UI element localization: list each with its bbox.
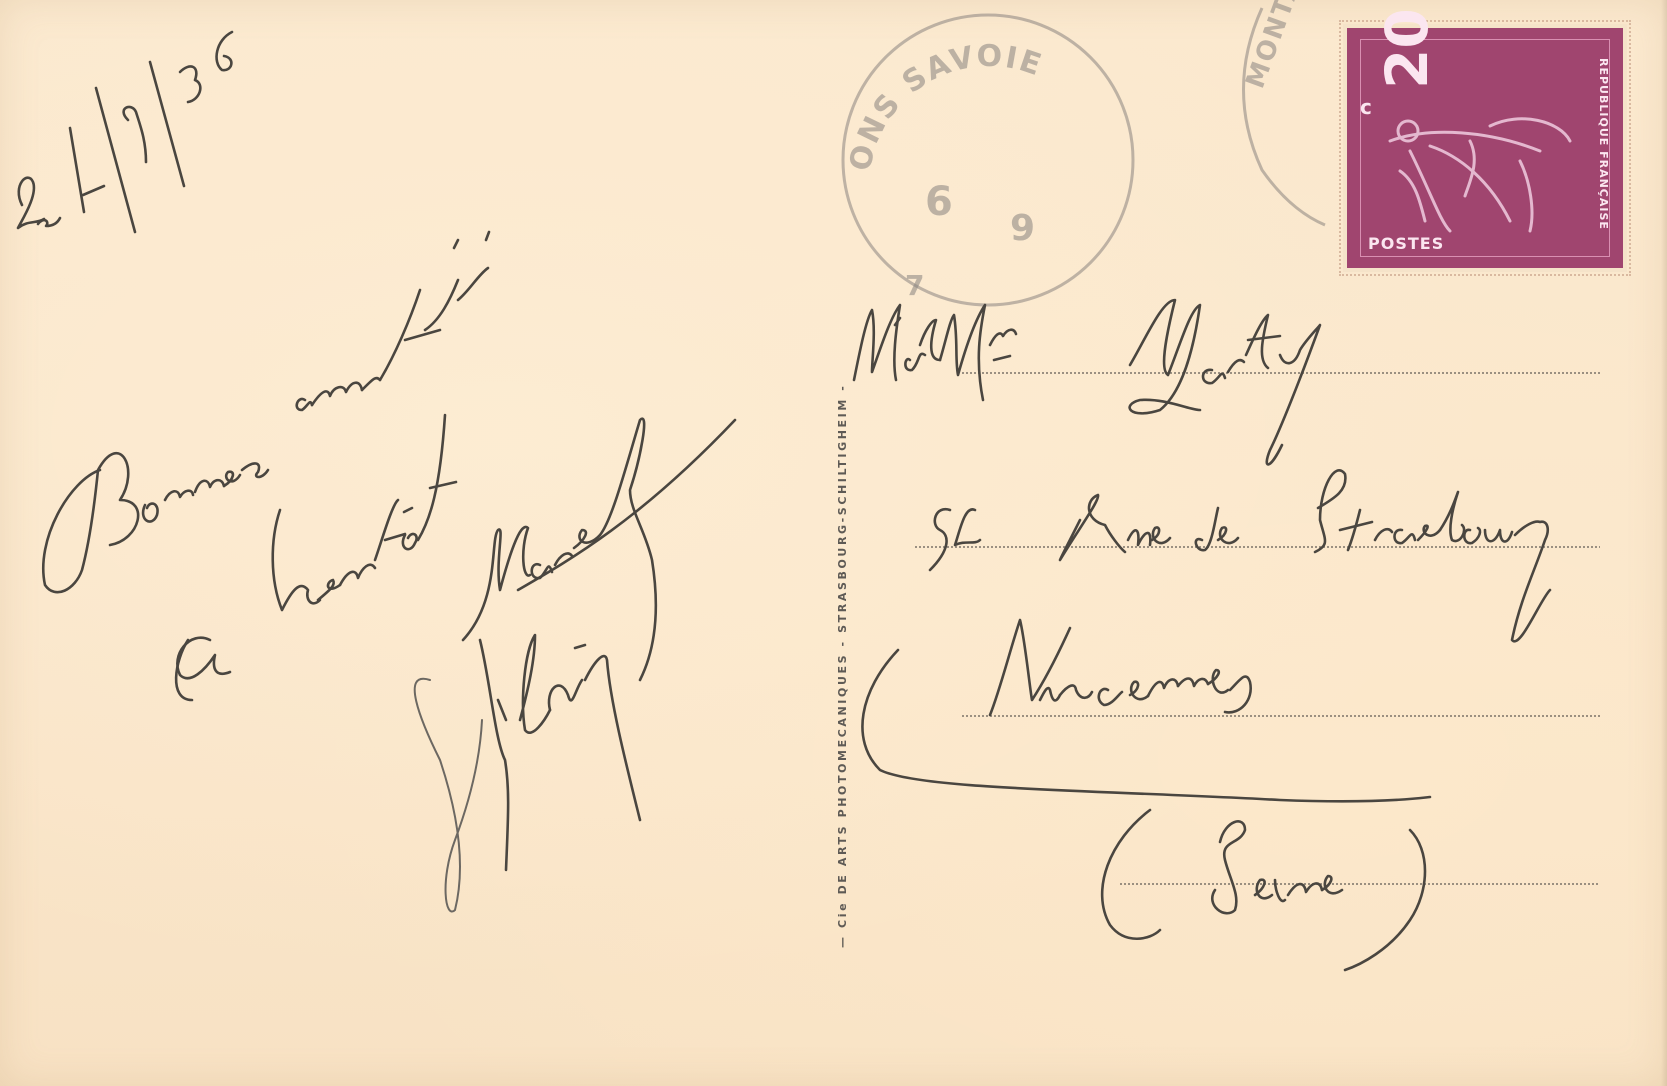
postmark-circle-icon: MONTAGNE	[1240, 0, 1331, 225]
stamp-country: REPUBLIQUE FRANÇAISE	[1597, 39, 1610, 249]
stamp-unit: c	[1360, 95, 1372, 119]
publisher-imprint: — Cie DE ARTS PHOTOMECANIQUES - STRASBOU…	[836, 198, 849, 948]
svg-text:9: 9	[1010, 208, 1037, 249]
address-department: (Seine)	[1230, 860, 1234, 861]
address-recipient: Mr et Mme Marty	[900, 350, 909, 351]
address-city-handwriting	[862, 620, 1430, 801]
signature-1: Marcel	[470, 520, 474, 521]
sower-figure-icon	[1370, 71, 1590, 241]
signature-2: Hilaire	[440, 720, 444, 721]
address-street: 52 Rue de Strasbourg	[940, 520, 951, 521]
svg-text:6: 6	[925, 179, 955, 225]
postmark-circle-icon: ONS SAVOIE 6 9 7	[843, 15, 1133, 305]
address-department-handwriting	[1102, 810, 1425, 970]
date-text: Le 4/9/36	[30, 120, 35, 121]
message-line-2: à bientôt	[170, 560, 175, 561]
date-handwriting	[18, 32, 232, 232]
signature-handwriting-1	[463, 419, 735, 680]
message-handwriting-line-2	[176, 415, 456, 700]
svg-text:ONS SAVOIE: ONS SAVOIE	[843, 39, 1047, 174]
address-recipient-handwriting	[854, 300, 1320, 464]
signature-handwriting-2	[415, 635, 640, 912]
address-city: Vincennes	[1030, 680, 1035, 681]
svg-text:7: 7	[905, 269, 926, 302]
postcard: Le 4/9/36 Bonnes amitiés à bientôt Marce…	[0, 0, 1667, 1086]
address-street-handwriting	[930, 470, 1550, 641]
message-line-1: Bonnes amitiés	[40, 450, 48, 451]
stamp-label: POSTES	[1368, 234, 1444, 253]
svg-text:MONTAGNE: MONTAGNE	[1240, 0, 1331, 92]
stamp-value: 20	[1378, 8, 1436, 89]
message-handwriting-line-1	[43, 232, 489, 592]
postage-stamp: 20 c REPUBLIQUE FRANÇAISE POSTES	[1347, 28, 1623, 268]
